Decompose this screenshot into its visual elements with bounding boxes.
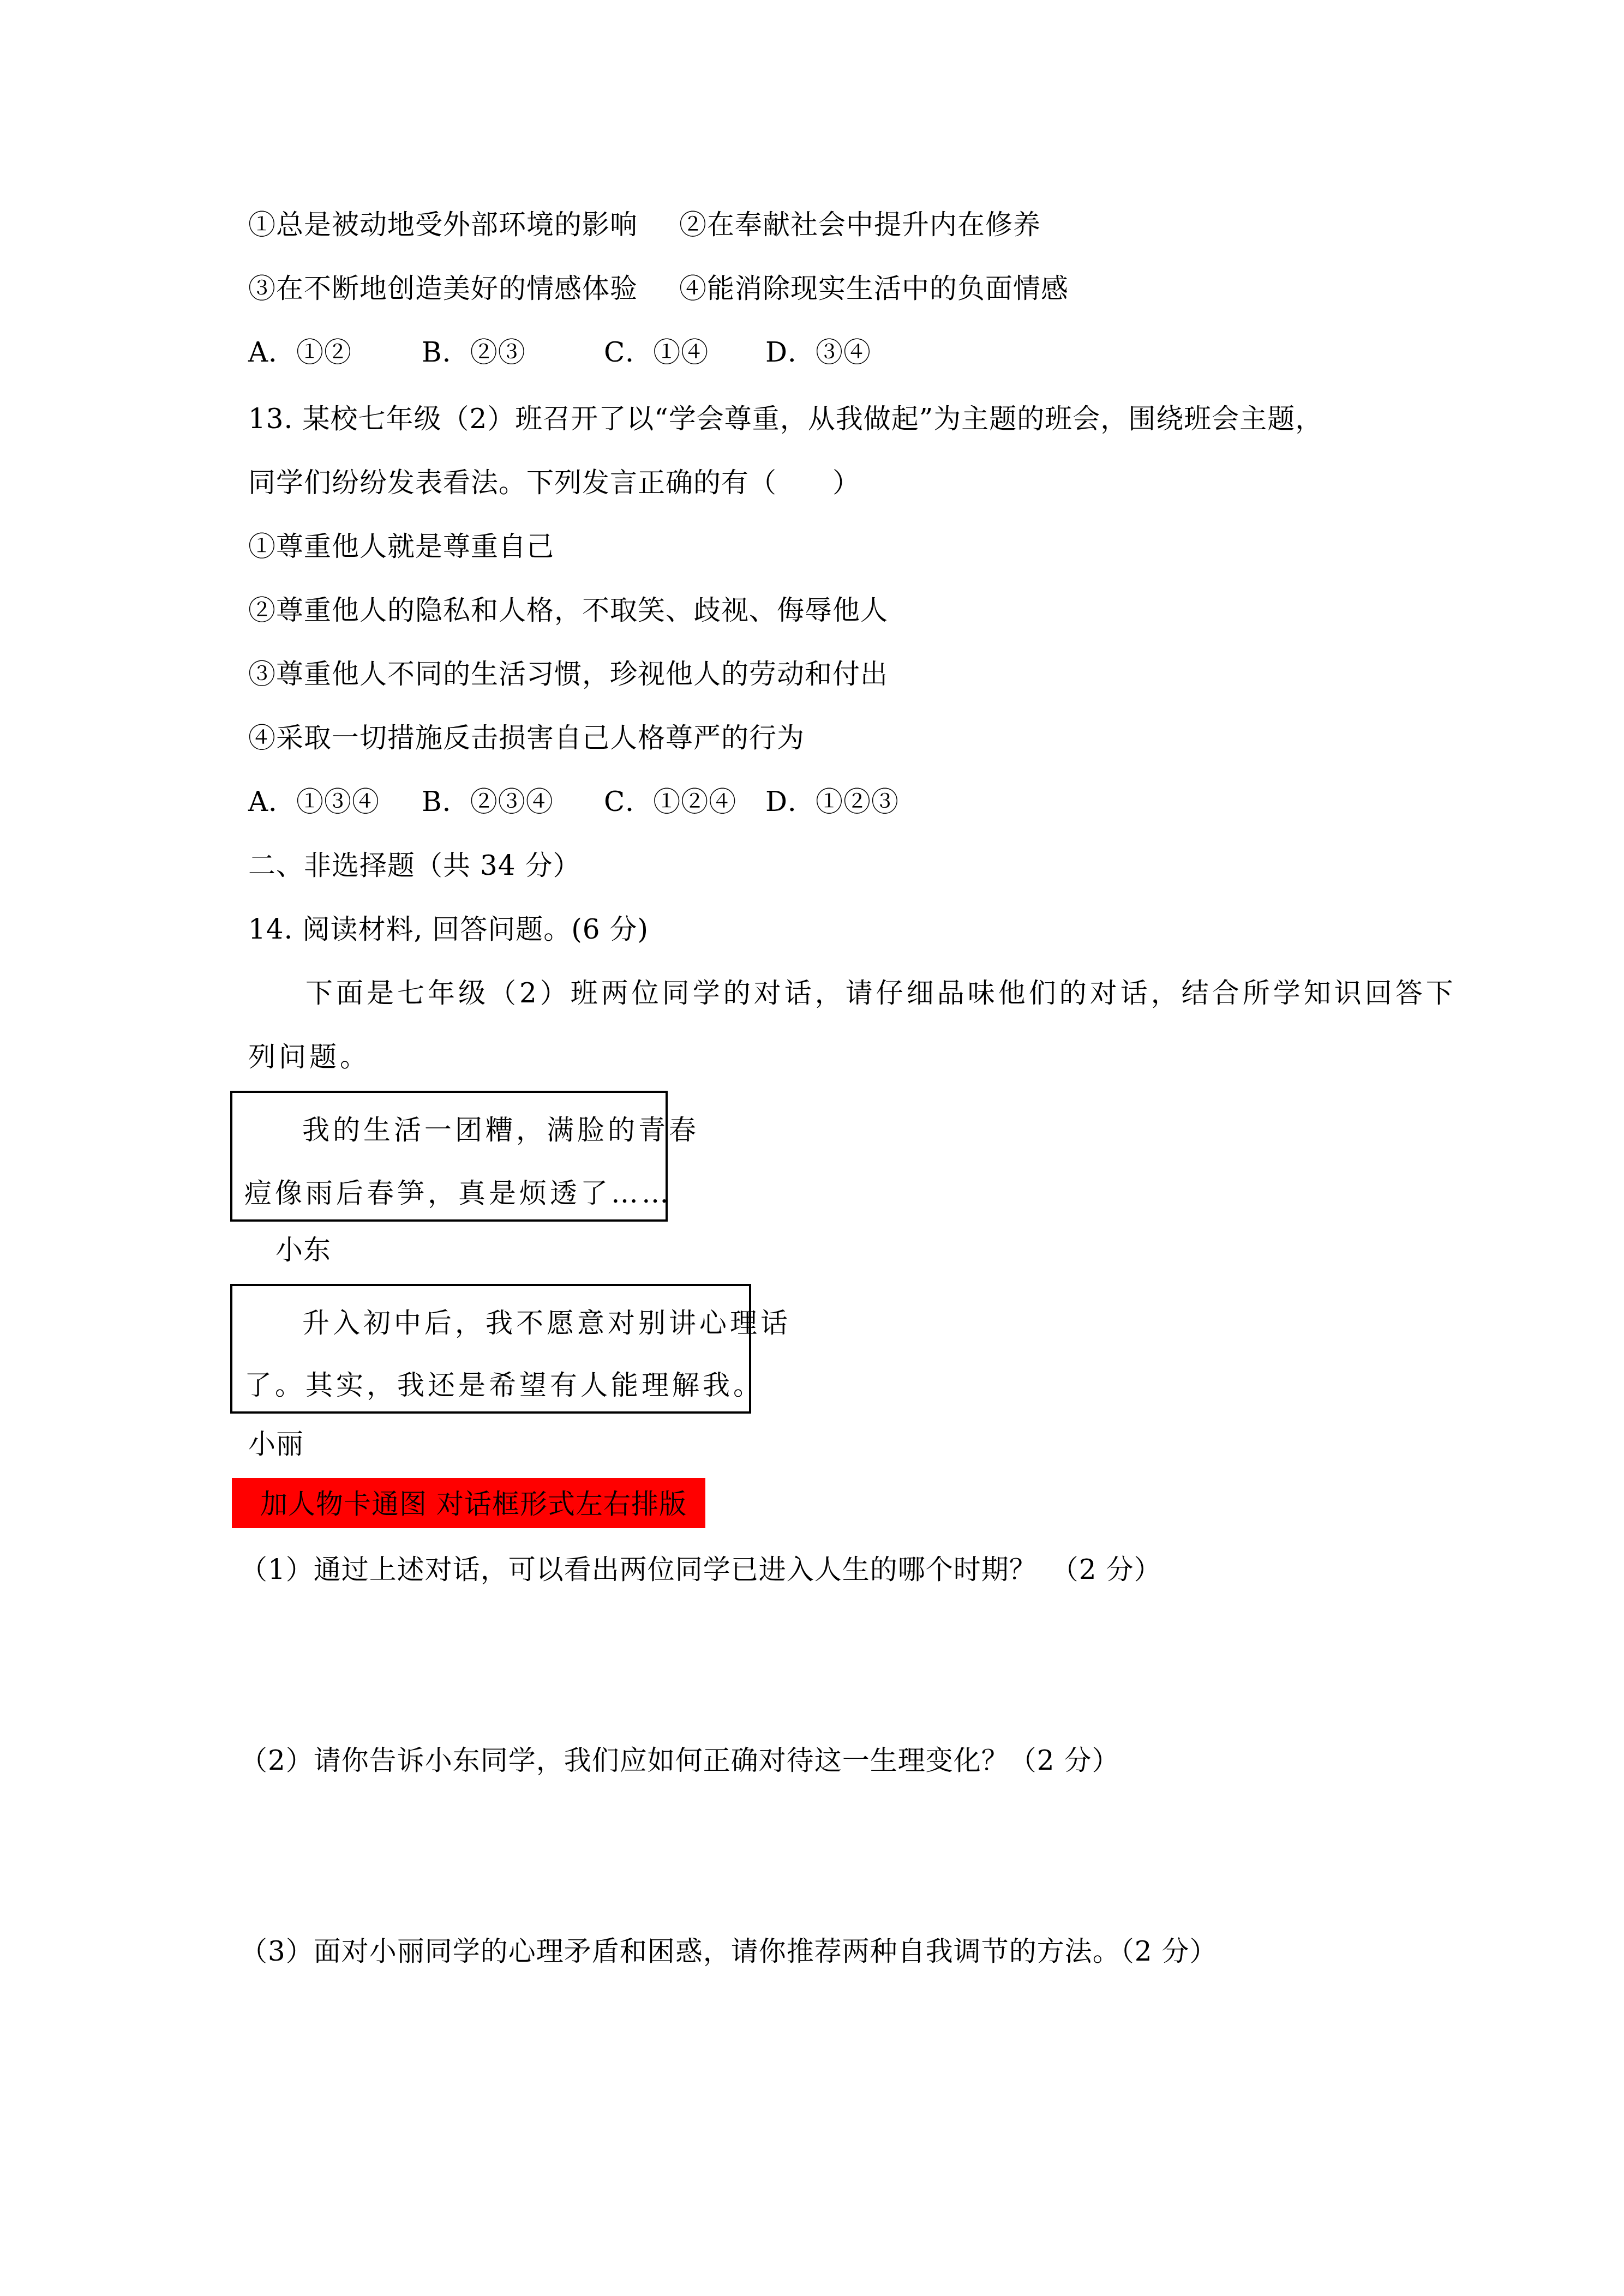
dialog-xiaoli-line-2: 了。其实，我还是希望有人能理解我。 bbox=[244, 1369, 764, 1402]
q13-statement-3: ③尊重他人不同的生活习惯，珍视他人的劳动和付出 bbox=[248, 658, 888, 690]
q12-statement-1: ①总是被动地受外部环境的影响 bbox=[248, 208, 638, 241]
q13-option-a[interactable]: A．①③④ bbox=[248, 785, 380, 818]
q13-option-b[interactable]: B．②③④ bbox=[422, 785, 554, 818]
editor-note-highlight: 加人物卡通图 对话框形式左右排版 bbox=[232, 1478, 705, 1528]
q13-stem-line-1: 13. 某校七年级（2）班召开了以“学会尊重，从我做起”为主题的班会，围绕班会主… bbox=[248, 402, 1323, 435]
q13-statement-1: ①尊重他人就是尊重自己 bbox=[248, 530, 554, 563]
dialog-xiaodong-line-1: 我的生活一团糟，满脸的青春 bbox=[302, 1114, 699, 1146]
q13-statement-4: ④采取一切措施反击损害自己人格尊严的行为 bbox=[248, 722, 805, 754]
q14-subquestion-2: （2）请你告诉小东同学，我们应如何正确对待这一生理变化？（2 分） bbox=[240, 1744, 1120, 1777]
editor-note-text: 加人物卡通图 对话框形式左右排版 bbox=[260, 1488, 687, 1520]
dialog-xiaoli-line-1: 升入初中后，我不愿意对别讲心理话 bbox=[302, 1307, 791, 1339]
q14-intro-line-2: 列问题。 bbox=[248, 1041, 370, 1073]
q14-subquestion-1: （1）通过上述对话，可以看出两位同学已进入人生的哪个时期？ （2 分） bbox=[240, 1553, 1162, 1586]
q12-option-d[interactable]: D．③④ bbox=[765, 336, 871, 369]
q14-answer-space-1[interactable] bbox=[248, 1592, 1394, 1734]
q12-option-c[interactable]: C．①④ bbox=[604, 336, 709, 369]
q13-option-c[interactable]: C．①②④ bbox=[604, 785, 736, 818]
dialog-box-xiaoli: 升入初中后，我不愿意对别讲心理话 了。其实，我还是希望有人能理解我。 bbox=[230, 1284, 751, 1414]
dialog-xiaodong-line-2: 痘像雨后春笋，真是烦透了…… bbox=[244, 1177, 672, 1210]
q13-stem-line-2: 同学们纷纷发表看法。下列发言正确的有（ ） bbox=[248, 466, 860, 499]
q12-statement-3: ③在不断地创造美好的情感体验 bbox=[248, 272, 638, 305]
q13-statement-2: ②尊重他人的隐私和人格，不取笑、歧视、侮辱他人 bbox=[248, 594, 888, 627]
q14-intro-line-1: 下面是七年级（2）班两位同学的对话，请仔细品味他们的对话，结合所学知识回答下 bbox=[305, 977, 1457, 1009]
q14-answer-space-2[interactable] bbox=[248, 1783, 1394, 1925]
dialog-box-xiaodong: 我的生活一团糟，满脸的青春 痘像雨后春笋，真是烦透了…… bbox=[230, 1091, 668, 1222]
q14-title: 14. 阅读材料, 回答问题。(6 分) bbox=[248, 913, 649, 946]
section-2-heading: 二、非选择题（共 34 分） bbox=[248, 849, 580, 882]
speaker-xiaodong: 小东 bbox=[275, 1234, 331, 1266]
q12-statement-4: ④能消除现实生活中的负面情感 bbox=[679, 272, 1069, 305]
q13-option-d[interactable]: D．①②③ bbox=[765, 785, 899, 818]
q12-option-b[interactable]: B．②③ bbox=[422, 336, 526, 369]
q14-answer-space-3[interactable] bbox=[248, 1974, 1394, 2192]
q12-option-a[interactable]: A．①② bbox=[248, 336, 352, 369]
speaker-xiaoli: 小丽 bbox=[248, 1428, 304, 1460]
q12-statement-2: ②在奉献社会中提升内在修养 bbox=[679, 208, 1041, 241]
q14-subquestion-3: （3）面对小丽同学的心理矛盾和困惑，请你推荐两种自我调节的方法。（2 分） bbox=[240, 1935, 1218, 1968]
